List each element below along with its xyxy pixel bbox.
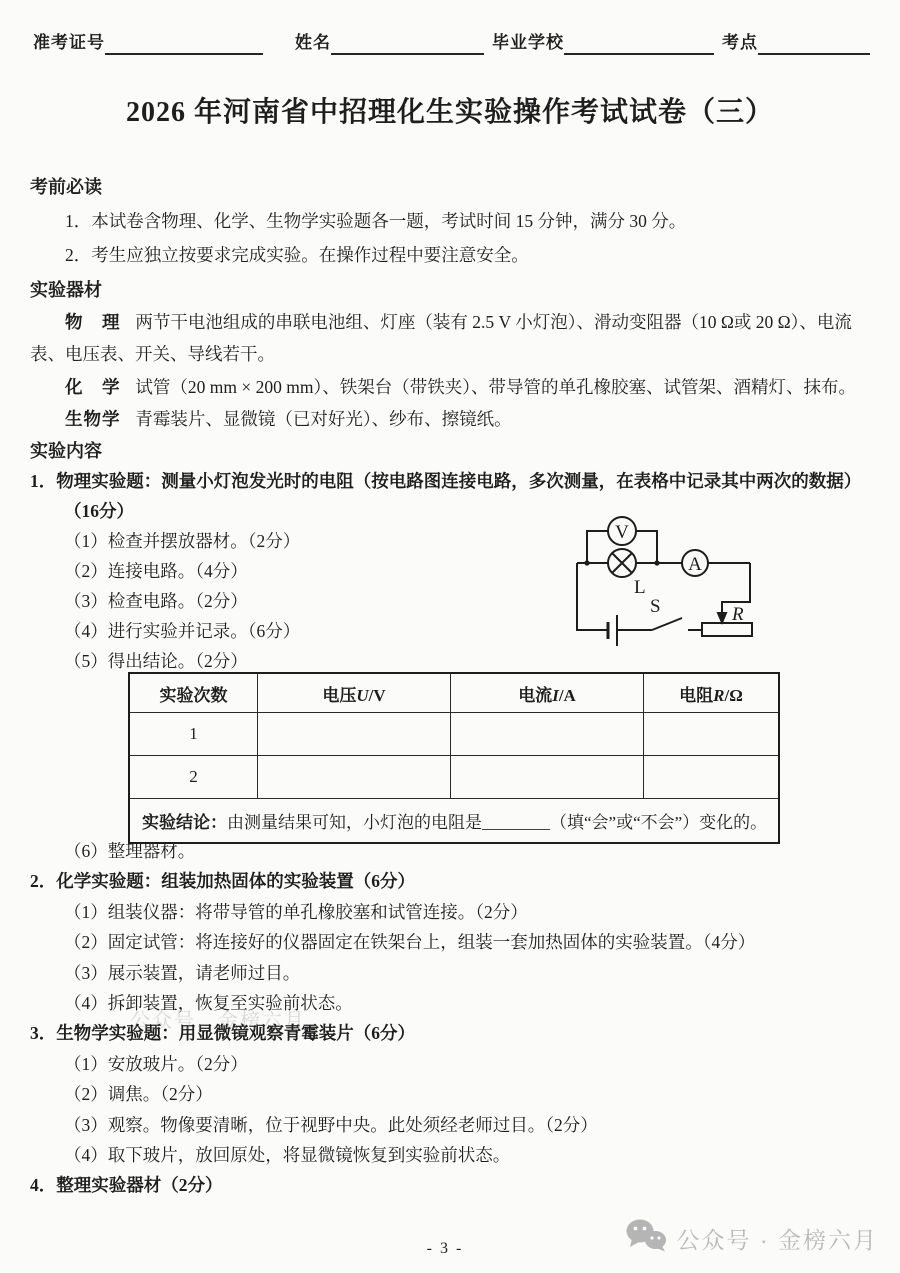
equipment-text: 两节干电池组成的串联电池组、灯座（装有 2.5 V 小灯泡）、滑动变阻器（10 … xyxy=(30,312,852,364)
table-cell xyxy=(451,756,644,799)
subject-label: 化 学 xyxy=(65,377,121,397)
q2-step: （3）展示装置，请老师过目。 xyxy=(30,958,875,988)
equipment-item-physics: 物 理两节干电池组成的串联电池组、灯座（装有 2.5 V 小灯泡）、滑动变阻器（… xyxy=(30,306,875,370)
page-number: - 3 - xyxy=(400,1240,490,1258)
circuit-diagram: V L A R xyxy=(558,500,803,655)
rheostat-symbol xyxy=(702,623,752,636)
brand-text: 公众号 · 金榜六月 xyxy=(677,1222,878,1255)
table-cell: 1 xyxy=(129,713,258,756)
equipment-text: 青霉装片、显微镜（已对好光）、纱布、擦镜纸。 xyxy=(135,409,511,429)
table-cell xyxy=(644,713,780,756)
table-header-cell: 电流I/A xyxy=(451,673,644,713)
notice-section: 考前必读 1．本试卷含物理、化学、生物学实验题各一题，考试时间 15 分钟，满分… xyxy=(30,170,875,272)
blank-line xyxy=(758,33,870,55)
q3-number: 3． xyxy=(30,1023,56,1043)
field-label: 姓名 xyxy=(295,28,331,55)
q1-step: （6）整理器材。 xyxy=(30,836,875,866)
q1-steps: （1）检查并摆放器材。（2分） （2）连接电路。（4分） （3）检查电路。（2分… xyxy=(30,526,550,676)
notice-heading: 考前必读 xyxy=(30,170,875,204)
q2-step: （2）固定试管：将连接好的仪器固定在铁架台上，组装一套加热固体的实验装置。（4分… xyxy=(30,927,875,957)
field-label: 考点 xyxy=(722,28,758,55)
q3-step: （3）观察。物像要清晰，位于视野中央。此处须经老师过目。（2分） xyxy=(30,1110,875,1140)
q3-step: （1）安放玻片。（2分） xyxy=(30,1049,875,1079)
rheostat-label: R xyxy=(731,604,744,625)
q1-step: （4）进行实验并记录。（6分） xyxy=(30,616,550,646)
q4-title: 整理实验器材（2分） xyxy=(56,1175,222,1195)
lamp-symbol xyxy=(608,549,636,577)
q2-title: 化学实验题：组装加热固体的实验装置（6分） xyxy=(56,871,415,891)
q1-step: （3）检查电路。（2分） xyxy=(30,586,550,616)
table-cell xyxy=(258,713,451,756)
q2-number: 2． xyxy=(30,871,56,891)
equipment-text: 试管（20 mm × 200 mm）、铁架台（带铁夹）、带导管的单孔橡胶塞、试管… xyxy=(135,377,856,397)
conclusion-blank: ________ xyxy=(482,813,550,832)
subject-label: 物 理 xyxy=(65,312,121,332)
conclusion-suffix: （填“会”或“不会”）变化的。 xyxy=(550,813,767,832)
field-graduating-school: 毕业学校 xyxy=(492,28,714,55)
field-label: 准考证号 xyxy=(33,28,105,55)
field-exam-site: 考点 xyxy=(722,28,870,55)
equipment-item-chemistry: 化 学试管（20 mm × 200 mm）、铁架台（带铁夹）、带导管的单孔橡胶塞… xyxy=(30,371,875,403)
equipment-section: 实验器材 物 理两节干电池组成的串联电池组、灯座（装有 2.5 V 小灯泡）、滑… xyxy=(30,274,875,435)
table-cell: 2 xyxy=(129,756,258,799)
q3-step: （2）调焦。（2分） xyxy=(30,1079,875,1109)
brand-footer: 公众号 · 金榜六月 xyxy=(625,1218,878,1258)
exam-paper-page: 准考证号 姓名 毕业学校 考点 2026 年河南省中招理化生实验操作考试试卷（三… xyxy=(0,0,900,1273)
ammeter-symbol: A xyxy=(682,550,708,576)
table-row: 2 xyxy=(129,756,779,799)
q3-step: （4）取下玻片，放回原处，将显微镜恢复到实验前状态。 xyxy=(30,1140,875,1170)
equipment-item-biology: 生物学青霉装片、显微镜（已对好光）、纱布、擦镜纸。 xyxy=(30,403,875,435)
ammeter-label: A xyxy=(688,554,702,575)
candidate-info-row: 准考证号 姓名 毕业学校 考点 xyxy=(0,28,900,62)
table-cell xyxy=(644,756,780,799)
faint-watermark: 公众号，金榜六月 xyxy=(130,1004,306,1033)
notice-item: 1．本试卷含物理、化学、生物学实验题各一题，考试时间 15 分钟，满分 30 分… xyxy=(30,204,875,238)
switch-label: S xyxy=(650,596,661,617)
q4-heading: 4．整理实验器材（2分） xyxy=(30,1170,875,1200)
field-name: 姓名 xyxy=(295,28,484,55)
lamp-label: L xyxy=(634,577,646,598)
voltmeter-symbol: V xyxy=(608,517,636,545)
q1-number: 1． xyxy=(30,471,56,491)
wechat-icon xyxy=(625,1218,667,1258)
subject-label: 生物学 xyxy=(65,409,121,429)
table-header-cell: 实验次数 xyxy=(129,673,258,713)
q1-step: （2）连接电路。（4分） xyxy=(30,556,550,586)
field-label: 毕业学校 xyxy=(492,28,564,55)
table-cell xyxy=(451,713,644,756)
blank-line xyxy=(105,33,263,55)
page-title: 2026 年河南省中招理化生实验操作考试试卷（三） xyxy=(0,90,900,130)
equipment-heading: 实验器材 xyxy=(30,274,875,306)
field-admission-number: 准考证号 xyxy=(33,28,263,55)
table-header-cell: 电压U/V xyxy=(258,673,451,713)
conclusion-text: 由测量结果可知，小灯泡的电阻是 xyxy=(227,813,482,832)
q1-step: （1）检查并摆放器材。（2分） xyxy=(30,526,550,556)
table-row: 1 xyxy=(129,713,779,756)
blank-line xyxy=(564,33,714,55)
content-heading: 实验内容 xyxy=(30,436,875,466)
q2-heading: 2．化学实验题：组装加热固体的实验装置（6分） xyxy=(30,866,875,896)
switch-symbol xyxy=(652,618,702,630)
notice-item: 2．考生应独立按要求完成实验。在操作过程中要注意安全。 xyxy=(30,238,875,272)
content-section-heading-wrap: 实验内容 xyxy=(30,436,875,466)
q4-number: 4． xyxy=(30,1175,56,1195)
conclusion-label: 实验结论： xyxy=(142,813,227,832)
blank-line xyxy=(331,33,484,55)
results-table: 实验次数 电压U/V 电流I/A 电阻R/Ω 1 2 实验结论：由测量结果可知，… xyxy=(128,672,780,844)
q2-step: （1）组装仪器：将带导管的单孔橡胶塞和试管连接。（2分） xyxy=(30,897,875,927)
table-cell xyxy=(258,756,451,799)
table-header-cell: 电阻R/Ω xyxy=(644,673,780,713)
battery-symbol xyxy=(608,615,617,646)
voltmeter-label: V xyxy=(615,522,629,543)
table-header-row: 实验次数 电压U/V 电流I/A 电阻R/Ω xyxy=(129,673,779,713)
